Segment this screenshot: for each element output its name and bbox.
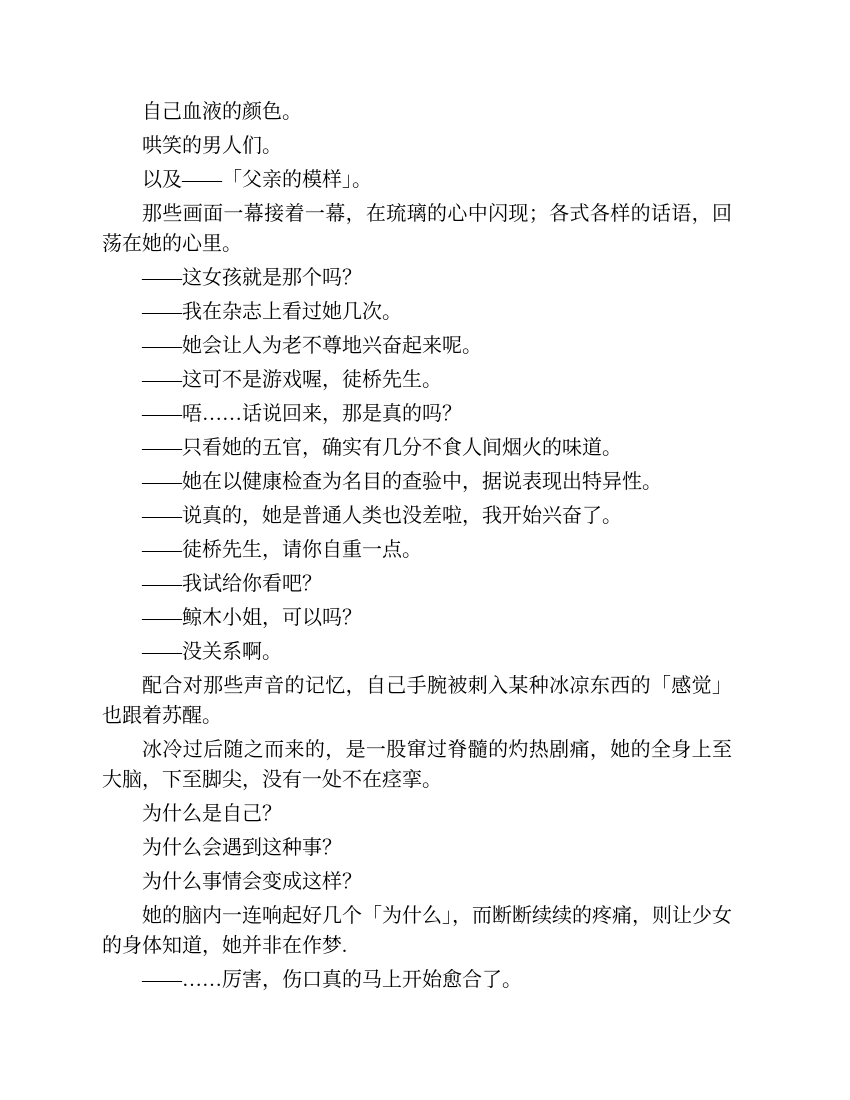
paragraph: 以及——「父亲的模样」。 xyxy=(102,165,732,195)
paragraph: ——说真的，她是普通人类也没差啦，我开始兴奋了。 xyxy=(102,501,732,531)
paragraph: 为什么事情会变成这样？ xyxy=(102,867,732,897)
paragraph: 她的脑内一连响起好几个「为什么」，而断断续续的疼痛，则让少女的身体知道，她并非在… xyxy=(102,901,732,961)
paragraph: ——只看她的五官，确实有几分不食人间烟火的味道。 xyxy=(102,433,732,463)
paragraph: ——这可不是游戏喔，徒桥先生。 xyxy=(102,365,732,395)
paragraph: ——我试给你看吧？ xyxy=(102,569,732,599)
text-content: 自己血液的颜色。哄笑的男人们。以及——「父亲的模样」。那些画面一幕接着一幕，在琉… xyxy=(102,97,732,995)
paragraph: ——鲸木小姐，可以吗？ xyxy=(102,603,732,633)
paragraph: 自己血液的颜色。 xyxy=(102,97,732,127)
book-page: 自己血液的颜色。哄笑的男人们。以及——「父亲的模样」。那些画面一幕接着一幕，在琉… xyxy=(0,0,850,1100)
paragraph: ——唔……话说回来，那是真的吗？ xyxy=(102,399,732,429)
paragraph: ——……厉害，伤口真的马上开始愈合了。 xyxy=(102,965,732,995)
paragraph: 哄笑的男人们。 xyxy=(102,131,732,161)
paragraph: 那些画面一幕接着一幕，在琉璃的心中闪现；各式各样的话语，回荡在她的心里。 xyxy=(102,199,732,259)
paragraph: ——这女孩就是那个吗？ xyxy=(102,263,732,293)
paragraph: 为什么是自己？ xyxy=(102,799,732,829)
paragraph: ——她会让人为老不尊地兴奋起来呢。 xyxy=(102,331,732,361)
paragraph: 配合对那些声音的记忆，自己手腕被刺入某种冰凉东西的「感觉」也跟着苏醒。 xyxy=(102,671,732,731)
paragraph: ——她在以健康检查为名目的查验中，据说表现出特异性。 xyxy=(102,467,732,497)
paragraph: ——徒桥先生，请你自重一点。 xyxy=(102,535,732,565)
paragraph: 冰冷过后随之而来的，是一股窜过脊髓的灼热剧痛，她的全身上至大脑，下至脚尖，没有一… xyxy=(102,735,732,795)
paragraph: ——我在杂志上看过她几次。 xyxy=(102,297,732,327)
paragraph: 为什么会遇到这种事？ xyxy=(102,833,732,863)
paragraph: ——没关系啊。 xyxy=(102,637,732,667)
